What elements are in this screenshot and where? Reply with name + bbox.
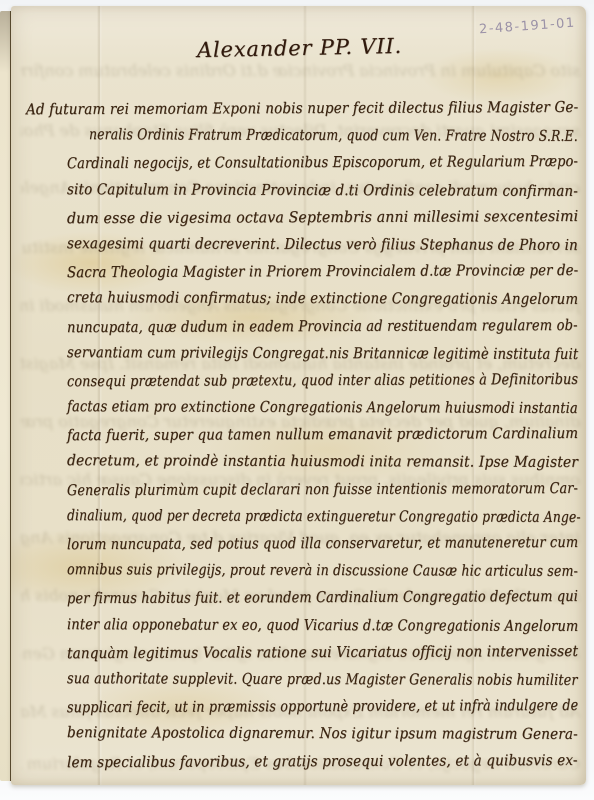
manuscript-line: omnibus suis privilegijs, prout reverà i… [67, 559, 586, 588]
manuscript-line: sexagesimi quarti decreverint. Dilectus … [67, 233, 586, 262]
manuscript-line-text: per firmus habitus fuit. et eorundem Car… [67, 587, 578, 607]
manuscript-line-text: Ad futuram rei memoriam Exponi nobis nup… [26, 98, 578, 118]
manuscript-line: Cardinali negocijs, et Consultationibus … [67, 151, 586, 180]
manuscript-line-text: creta huiusmodi confirmatus; inde extinc… [67, 288, 578, 308]
manuscript-line-text: dinalium, quod per decreta prædicta exti… [67, 506, 581, 526]
manuscript-line: Generalis plurimùm cupit declarari non f… [67, 477, 586, 506]
manuscript-line-text: omnibus suis privilegijs, prout reverà i… [67, 560, 578, 580]
manuscript-line: lorum nuncupata, sed potius quod illa co… [67, 532, 586, 561]
bleedthrough-line: sito Capitulum in Provincia Provinciæ d.… [21, 61, 580, 80]
manuscript-line: nuncupata, quæ dudum in eadem Provincia … [67, 314, 586, 343]
manuscript-line-text: decretum, et proindè instantia huiusmodi… [67, 452, 578, 472]
scan-background: sito Capitulum in Provincia Provinciæ d.… [0, 0, 594, 800]
manuscript-line-text: tanquàm legitimus Vocalis ratione sui Vi… [67, 642, 578, 662]
manuscript-page: sito Capitulum in Provincia Provinciæ d.… [11, 6, 586, 785]
manuscript-line: tanquàm legitimus Vocalis ratione sui Vi… [67, 641, 586, 670]
manuscript-line-text: lem specialibus favoribus, et gratijs pr… [67, 750, 578, 770]
manuscript-line: benignitate Apostolica dignaremur. Nos i… [67, 722, 586, 751]
manuscript-line: dum esse die vigesima octava Septembris … [67, 206, 586, 235]
manuscript-line-text: consequi prætendat sub prætextu, quod in… [67, 370, 578, 390]
manuscript-line-text: sexagesimi quarti decreverint. Dilectus … [67, 234, 578, 254]
manuscript-line-text: nuncupata, quæ dudum in eadem Provincia … [67, 315, 578, 335]
manuscript-line-text: supplicari fecit, ut in præmissis opport… [67, 696, 578, 716]
page-title: Alexander PP. VII. [197, 34, 402, 62]
manuscript-line: supplicari fecit, ut in præmissis opport… [67, 695, 586, 724]
manuscript-line-text: inter alia opponebatur ex eo, quod Vicar… [67, 615, 578, 635]
manuscript-line-text: servantiam cum privilegijs Congregat.nis… [67, 343, 578, 363]
manuscript-line: creta huiusmodi confirmatus; inde extinc… [67, 287, 586, 316]
manuscript-line-text: neralis Ordinis Fratrum Prædicatorum, qu… [89, 125, 578, 145]
manuscript-line-text: sua authoritate supplevit. Quare præd.us… [67, 669, 578, 689]
manuscript-line: facta fuerit, super qua tamen nullum ema… [67, 423, 586, 452]
manuscript-line: Sacra Theologia Magister in Priorem Prov… [67, 260, 586, 289]
manuscript-line: decretum, et proindè instantia huiusmodi… [67, 451, 586, 480]
manuscript-line: consequi prætendat sub prætextu, quod in… [67, 369, 586, 398]
manuscript-line-text: facta fuerit, super qua tamen nullum ema… [67, 424, 578, 444]
manuscript-line: inter alia opponebatur ex eo, quod Vicar… [67, 614, 586, 643]
manuscript-line-text: Sacra Theologia Magister in Priorem Prov… [67, 261, 578, 281]
manuscript-line: dinalium, quod per decreta prædicta exti… [67, 505, 586, 534]
manuscript-line-text: benignitate Apostolica dignaremur. Nos i… [67, 723, 578, 743]
archival-number: 2-48-191-01 [479, 16, 577, 38]
manuscript-line: sito Capitulum in Provincia Provinciæ d.… [67, 179, 586, 208]
manuscript-line-text: factas etiam pro extinctione Congregatio… [67, 397, 578, 417]
manuscript-line: sua authoritate supplevit. Quare præd.us… [67, 668, 586, 697]
manuscript-line: Ad futuram rei memoriam Exponi nobis nup… [26, 97, 586, 127]
manuscript-line: per firmus habitus fuit. et eorundem Car… [67, 586, 586, 615]
manuscript-line: factas etiam pro extinctione Congregatio… [67, 396, 586, 425]
manuscript-line-text: lorum nuncupata, sed potius quod illa co… [67, 533, 578, 553]
manuscript-body: Ad futuram rei memoriam Exponi nobis nup… [11, 98, 586, 778]
manuscript-line: lem specialibus favoribus, et gratijs pr… [67, 749, 586, 778]
manuscript-line-text: Cardinali negocijs, et Consultationibus … [67, 152, 578, 172]
manuscript-line-text: Generalis plurimùm cupit declarari non f… [67, 479, 578, 499]
manuscript-line: neralis Ordinis Fratrum Prædicatorum, qu… [89, 124, 586, 153]
manuscript-line-text: sito Capitulum in Provincia Provinciæ d.… [67, 180, 578, 200]
manuscript-line-text: dum esse die vigesima octava Septembris … [67, 207, 578, 227]
manuscript-line: servantiam cum privilegijs Congregat.nis… [67, 342, 586, 371]
